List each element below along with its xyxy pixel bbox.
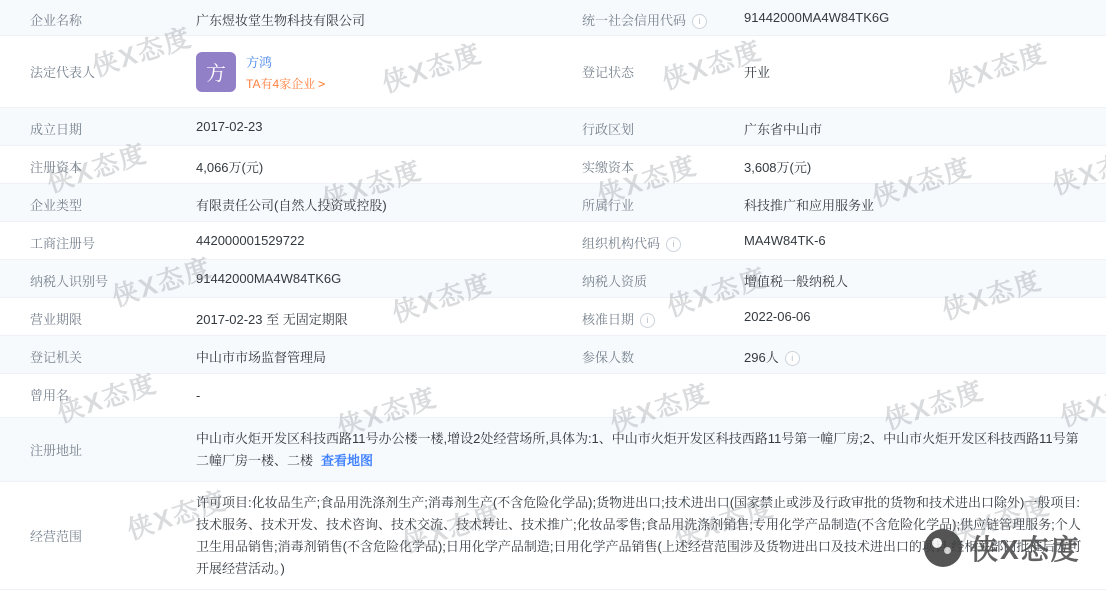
legal-rep-companies-link[interactable]: TA有4家企业> (246, 75, 325, 92)
table-row: 法定代表人 方 方鸿 TA有4家企业> 登记状态 开业 (0, 36, 1106, 108)
label-text: 曾用名 (30, 388, 69, 403)
industry-label: 所属行业 (582, 195, 744, 214)
info-icon[interactable]: i (666, 237, 681, 252)
value-text: 广东省中山市 (744, 122, 822, 137)
view-map-link[interactable]: 查看地图 (321, 453, 373, 468)
table-row: 曾用名 - (0, 374, 1106, 418)
former-name-label: 曾用名 (0, 385, 196, 404)
authority-value: 中山市市场监督管理局 (196, 347, 582, 366)
legal-rep-value: 方 方鸿 TA有4家企业> (196, 52, 582, 92)
taxpayer-qual-value: 增值税一般纳税人 (744, 271, 1106, 290)
value-text: 3,608万(元) (744, 160, 811, 175)
value-text: 2017-02-23 至 无固定期限 (196, 312, 348, 327)
label-text: 注册地址 (30, 443, 82, 458)
insured-value: 296人i (744, 347, 1106, 366)
label-text: 参保人数 (582, 350, 634, 365)
table-row: 纳税人识别号 91442000MA4W84TK6G 纳税人资质 增值税一般纳税人 (0, 260, 1106, 298)
brand-watermark: 侠X态度 (924, 528, 1081, 568)
reg-capital-value: 4,066万(元) (196, 157, 582, 176)
label-text: 统一社会信用代码 (582, 13, 686, 28)
district-value: 广东省中山市 (744, 119, 1106, 138)
value-text: 增值税一般纳税人 (744, 274, 848, 289)
label-text: 组织机构代码 (582, 236, 660, 251)
reg-number-value: 442000001529722 (196, 233, 582, 248)
label-text: 注册资本 (30, 160, 82, 175)
value-text: MA4W84TK-6 (744, 233, 826, 248)
label-text: 行政区划 (582, 122, 634, 137)
status-label: 登记状态 (582, 62, 744, 81)
brand-watermark-text: 侠X态度 (970, 528, 1081, 568)
table-row: 注册资本 4,066万(元) 实缴资本 3,608万(元) (0, 146, 1106, 184)
value-text: 91442000MA4W84TK6G (744, 10, 889, 25)
label-text: 企业名称 (30, 13, 82, 28)
status-badge: 开业 (744, 65, 770, 80)
paid-capital-value: 3,608万(元) (744, 157, 1106, 176)
label-text: 核准日期 (582, 312, 634, 327)
table-row: 企业名称 广东煜妆堂生物科技有限公司 统一社会信用代码i 91442000MA4… (0, 0, 1106, 36)
established-label: 成立日期 (0, 119, 196, 138)
reg-capital-label: 注册资本 (0, 157, 196, 176)
table-row: 企业类型 有限责任公司(自然人投资或控股) 所属行业 科技推广和应用服务业 (0, 184, 1106, 222)
term-label: 营业期限 (0, 309, 196, 328)
taxpayer-qual-label: 纳税人资质 (582, 271, 744, 290)
value-text: 2017-02-23 (196, 119, 263, 134)
table-row: 注册地址 中山市火炬开发区科技西路11号办公楼一楼,增设2处经营场所,具体为:1… (0, 418, 1106, 482)
company-info-page: 企业名称 广东煜妆堂生物科技有限公司 统一社会信用代码i 91442000MA4… (0, 0, 1106, 594)
value-text: - (196, 388, 200, 403)
value-text: 4,066万(元) (196, 160, 263, 175)
table-row: 成立日期 2017-02-23 行政区划 广东省中山市 (0, 108, 1106, 146)
table-row: 登记机关 中山市市场监督管理局 参保人数 296人i (0, 336, 1106, 374)
legal-rep-label: 法定代表人 (0, 62, 196, 81)
company-type-label: 企业类型 (0, 195, 196, 214)
status-value: 开业 (744, 62, 1106, 81)
info-icon[interactable]: i (785, 351, 800, 366)
companies-link-text: TA有4家企业 (246, 77, 315, 91)
label-text: 所属行业 (582, 198, 634, 213)
value-text: 科技推广和应用服务业 (744, 198, 874, 213)
scope-label: 经营范围 (0, 526, 196, 545)
taxpayer-id-label: 纳税人识别号 (0, 271, 196, 290)
insured-label: 参保人数 (582, 347, 744, 366)
label-text: 实缴资本 (582, 160, 634, 175)
company-name-label: 企业名称 (0, 10, 196, 29)
label-text: 登记状态 (582, 65, 634, 80)
approval-date-value: 2022-06-06 (744, 309, 1106, 324)
taxpayer-id-value: 91442000MA4W84TK6G (196, 271, 582, 286)
label-text: 登记机关 (30, 350, 82, 365)
brand-logo-icon (924, 529, 962, 567)
label-text: 成立日期 (30, 122, 82, 137)
org-code-value: MA4W84TK-6 (744, 233, 1106, 248)
org-code-label: 组织机构代码i (582, 233, 744, 252)
value-text: 有限责任公司(自然人投资或控股) (196, 198, 387, 213)
credit-code-value: 91442000MA4W84TK6G (744, 10, 1106, 25)
label-text: 纳税人识别号 (30, 274, 108, 289)
term-value: 2017-02-23 至 无固定期限 (196, 309, 582, 328)
established-value: 2017-02-23 (196, 119, 582, 134)
label-text: 企业类型 (30, 198, 82, 213)
paid-capital-label: 实缴资本 (582, 157, 744, 176)
reg-number-label: 工商注册号 (0, 233, 196, 252)
info-icon[interactable]: i (640, 313, 655, 328)
company-type-value: 有限责任公司(自然人投资或控股) (196, 195, 582, 214)
value-text: 中山市市场监督管理局 (196, 350, 326, 365)
value-text: 广东煜妆堂生物科技有限公司 (196, 13, 365, 28)
value-text: 2022-06-06 (744, 309, 811, 324)
industry-value: 科技推广和应用服务业 (744, 195, 1106, 214)
address-label: 注册地址 (0, 440, 196, 459)
value-text: 296人 (744, 350, 779, 365)
avatar-initial: 方 (206, 57, 226, 86)
info-icon[interactable]: i (692, 14, 707, 29)
legal-rep-name-link[interactable]: 方鸿 (246, 52, 325, 71)
former-name-value: - (196, 385, 1106, 407)
district-label: 行政区划 (582, 119, 744, 138)
label-text: 工商注册号 (30, 236, 95, 251)
address-value: 中山市火炬开发区科技西路11号办公楼一楼,增设2处经营场所,具体为:1、中山市火… (196, 428, 1106, 472)
value-text: 91442000MA4W84TK6G (196, 271, 341, 286)
label-text: 经营范围 (30, 529, 82, 544)
credit-code-label: 统一社会信用代码i (582, 10, 744, 29)
approval-date-label: 核准日期i (582, 309, 744, 328)
label-text: 法定代表人 (30, 65, 95, 80)
label-text: 营业期限 (30, 312, 82, 327)
company-name-value: 广东煜妆堂生物科技有限公司 (196, 10, 582, 29)
legal-rep-avatar[interactable]: 方 (196, 52, 236, 92)
value-text: 442000001529722 (196, 233, 304, 248)
table-row: 工商注册号 442000001529722 组织机构代码i MA4W84TK-6 (0, 222, 1106, 260)
authority-label: 登记机关 (0, 347, 196, 366)
chevron-right-icon: > (318, 77, 325, 91)
table-row: 营业期限 2017-02-23 至 无固定期限 核准日期i 2022-06-06 (0, 298, 1106, 336)
label-text: 纳税人资质 (582, 274, 647, 289)
